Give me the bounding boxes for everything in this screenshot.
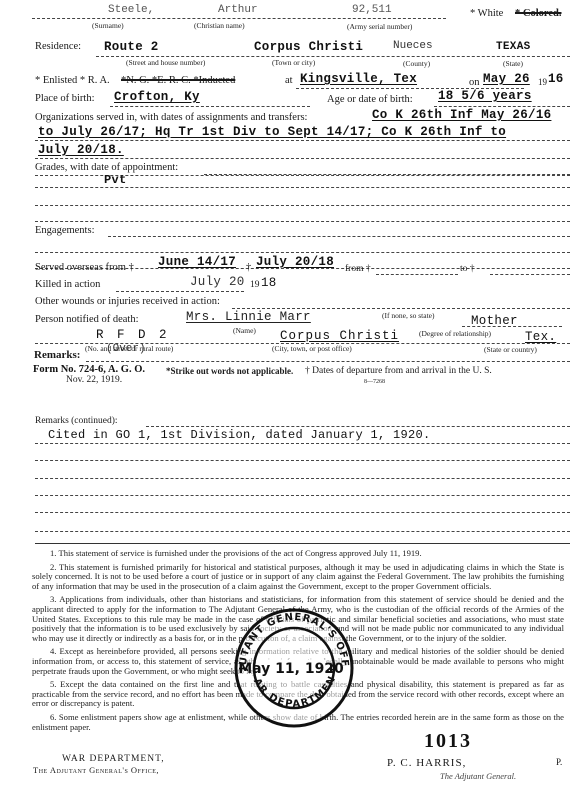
surname-value: Steele, [108, 4, 154, 16]
relationship-line [462, 326, 562, 327]
remarks-cont-rule-7 [35, 543, 570, 544]
race-white: * White [470, 8, 503, 19]
organizations-line-1: Co K 26th Inf May 26/16 [372, 108, 551, 122]
killed-year-prefix: 19 [250, 280, 260, 290]
overseas-to-label: to † [460, 264, 475, 274]
notified-name: Mrs. Linnie Marr [186, 310, 311, 324]
wounds-line [232, 308, 570, 309]
killed-date: July 20 [190, 275, 245, 289]
overseas-label: Served overseas from † [35, 262, 134, 273]
engagements-rule-0 [108, 236, 570, 237]
signatory-name: P. C. HARRIS, [387, 757, 466, 769]
remarks-cont-rule-5 [35, 512, 570, 513]
form-number: Form No. 724-6, A. G. O. [33, 364, 145, 375]
state-caption: (State) [503, 59, 523, 68]
remarks-value: (Over) [106, 343, 146, 355]
adjutant-office-label: The Adjutant General's Office, [33, 765, 159, 775]
county-caption: (County) [403, 59, 430, 68]
age-label: Age or date of birth: [327, 94, 413, 105]
killed-line [116, 291, 244, 292]
overseas-to-1: July 20/18 [256, 255, 334, 269]
serial-caption: (Army serial number) [347, 22, 412, 31]
notified-address: R F D 2 [96, 328, 170, 342]
age-line [434, 106, 570, 107]
remarks-cont-rule-0 [146, 426, 570, 427]
grades-rule-2 [35, 205, 570, 206]
city-caption: (City, town, or post office) [272, 344, 352, 353]
war-department-label: WAR DEPARTMENT, [62, 754, 165, 764]
remarks-cont-rule-2 [35, 460, 570, 461]
christian-caption: (Christian name) [194, 21, 245, 30]
edge-mark: P. [556, 757, 562, 767]
remarks-cont-rule-6 [35, 531, 570, 532]
enlisted-at-label: at [285, 75, 293, 86]
remarks-label: Remarks: [34, 349, 80, 361]
residence-label: Residence: [35, 41, 81, 52]
birth-place-label: Place of birth: [35, 93, 94, 104]
enlisted-label: * Enlisted * R. A. [35, 75, 110, 86]
remarks-cont-rule-4 [35, 495, 570, 496]
grades-rule-0 [204, 174, 570, 175]
killed-label: Killed in action [35, 279, 100, 290]
note-1: 1. This statement of service is furnishe… [32, 549, 564, 559]
dates-note: † Dates of departure from and arrival in… [305, 366, 492, 376]
residence-state: TEXAS [496, 41, 531, 53]
organizations-rule-2 [35, 158, 570, 159]
notified-state: Tex. [525, 330, 556, 344]
residence-town: Corpus Christi [254, 40, 363, 54]
street-caption: (Street and house number) [126, 58, 205, 67]
print-mark: 8—7268 [364, 379, 385, 385]
residence-line [96, 56, 570, 57]
overseas-from-1: June 14/17 [158, 255, 236, 269]
race-colored-struck: * Colored. [515, 8, 561, 19]
overseas-to-2-line [490, 274, 570, 275]
overseas-from-2-line [376, 274, 458, 275]
organizations-line-2: to July 26/17; Hq Tr 1st Div to Sept 14/… [38, 125, 506, 139]
town-caption: (Town or city) [272, 58, 315, 67]
notified-label: Person notified of death: [35, 314, 139, 325]
remarks-cont-rule-1 [35, 443, 570, 444]
svg-text:P: P [329, 663, 337, 676]
form-date: Nov. 22, 1919. [66, 375, 122, 385]
remarks-line [86, 361, 570, 362]
notified-city: Corpus Christi [280, 329, 399, 343]
state-caption-notified: (State or country) [484, 345, 537, 354]
grades-rule-3 [35, 221, 570, 222]
remarks-cont-rule-3 [35, 478, 570, 479]
remarks-continued-label: Remarks (continued): [35, 416, 118, 426]
organizations-rule-1 [35, 140, 570, 141]
record-number: 1013 [424, 730, 472, 753]
name-line [32, 18, 446, 19]
overseas-dagger-2: † [246, 262, 251, 273]
note-2: 2. This statement is furnished primarily… [32, 563, 564, 592]
enlisted-year-prefix: 19 [538, 77, 547, 87]
wounds-label: Other wounds or injuries received in act… [35, 296, 220, 307]
strike-note: *Strike out words not applicable. [166, 366, 293, 376]
relationship-caption: (Degree of relationship) [419, 329, 491, 338]
notified-name-caption: (Name) [233, 326, 256, 335]
birth-place-line [110, 106, 310, 107]
wounds-caption: (If none, so state) [382, 311, 434, 320]
stamp-seal-icon: ADJUTANT GENERAL'S OFFICE WAR DEPARTMENT… [232, 606, 356, 730]
grades-rule-1 [35, 187, 570, 188]
enlisted-year: 16 [548, 72, 564, 86]
organizations-label: Organizations served in, with dates of a… [35, 112, 307, 123]
grades-label: Grades, with date of appointment: [35, 162, 178, 173]
engagements-label: Engagements: [35, 225, 94, 236]
overseas-from-label: from † [345, 264, 371, 274]
organizations-line-3: July 20/18. [38, 143, 124, 157]
remarks-continued-value: Cited in GO 1, 1st Division, dated Janua… [48, 428, 431, 442]
christian-name-value: Arthur [218, 4, 258, 16]
grades-value: Pvt [104, 173, 127, 187]
serial-number-value: 92,511 [352, 4, 392, 16]
enlisted-date: May 26 [483, 72, 530, 86]
birth-place-value: Crofton, Ky [114, 90, 200, 104]
engagements-rule-1 [35, 252, 570, 253]
signatory-title: The Adjutant General. [440, 771, 516, 781]
adjutant-general-stamp: ADJUTANT GENERAL'S OFFICE WAR DEPARTMENT… [232, 606, 356, 730]
enlisted-struck-options: *N. G. *E. R. C. *Inducted [121, 75, 235, 86]
age-value: 18 5/6 years [438, 89, 532, 103]
killed-year: 18 [261, 276, 277, 290]
surname-caption: (Surname) [92, 21, 124, 30]
residence-county: Nueces [393, 40, 433, 52]
enlisted-place: Kingsville, Tex [300, 72, 417, 86]
enlisted-on-label: on [469, 77, 480, 88]
residence-street: Route 2 [104, 40, 159, 54]
